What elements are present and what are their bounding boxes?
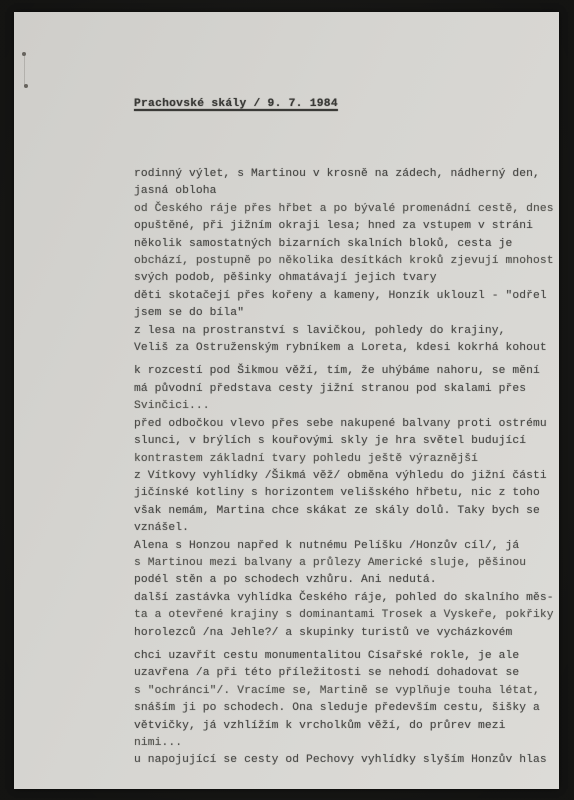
text-line: snáším ji po schodech. Ona sleduje přede… (134, 700, 562, 717)
text-line: Veliš za Ostruženským rybníkem a Loreta,… (134, 340, 562, 357)
text-line: k rozcestí pod Šikmou věží, tím, že uhýb… (134, 363, 562, 380)
text-line: s Martinou mezi balvany a průlezy Americ… (134, 555, 562, 572)
page-title: Prachovské skály / 9. 7. 1984 (134, 98, 338, 110)
text-line: Svinčici... (134, 398, 562, 415)
paragraph-3: chci uzavřít cestu monumentalitou Císařs… (134, 648, 562, 770)
text-line: obchází, postupně po několika desítkách … (134, 253, 562, 270)
text-line: svých podob, pěšinky ohmatávají jejich t… (134, 270, 562, 287)
text-line: z Vítkovy vyhlídky /Šikmá věž/ obměna vý… (134, 468, 562, 485)
text-line: Alena s Honzou napřed k nutnému Pelíšku … (134, 538, 562, 555)
paragraph-2: k rozcestí pod Šikmou věží, tím, že uhýb… (134, 363, 562, 642)
text-line: z lesa na prostranství s lavičkou, pohle… (134, 323, 562, 340)
text-line: před odbočkou vlevo přes sebe nakupené b… (134, 416, 562, 433)
text-line: kontrastem základní tvary pohledu ještě … (134, 451, 562, 468)
staple-mark-line (24, 56, 25, 86)
text-line: jasná obloha (134, 183, 562, 200)
text-line: uzavřena /a při této příležitosti se neh… (134, 665, 562, 682)
text-line: děti skotačejí přes kořeny a kameny, Hon… (134, 288, 562, 305)
text-line: s "ochránci"/. Vracíme se, Martině se vy… (134, 683, 562, 700)
text-line: však nemám, Martina chce skákat ze skály… (134, 503, 562, 520)
text-line: ta a otevřené krajiny s dominantami Tros… (134, 607, 562, 624)
text-line: u napojující se cesty od Pechovy vyhlídk… (134, 752, 562, 769)
paragraph-1: rodinný výlet, s Martinou v krosně na zá… (134, 166, 562, 357)
text-line: má původní představa cesty jižní stranou… (134, 381, 562, 398)
text-line: horolezců /na Jehle?/ a skupinky turistů… (134, 625, 562, 642)
text-line: podél stěn a po schodech vzhůru. Ani ned… (134, 572, 562, 589)
text-line: opuštěné, při jižním okraji lesa; hned z… (134, 218, 562, 235)
document-body: rodinný výlet, s Martinou v krosně na zá… (134, 166, 562, 770)
punch-hole-top (22, 52, 26, 56)
text-line: další zastávka vyhlídka Českého ráje, po… (134, 590, 562, 607)
text-line: vznášel. (134, 520, 562, 537)
text-line: jsem se do bíla" (134, 305, 562, 322)
text-line: několik samostatných bizarních skalních … (134, 236, 562, 253)
text-line: od Českého ráje přes hřbet a po bývalé p… (134, 201, 562, 218)
text-line: nimi... (134, 735, 562, 752)
text-line: chci uzavřít cestu monumentalitou Císařs… (134, 648, 562, 665)
punch-hole-bottom (24, 84, 28, 88)
text-line: jičínské kotliny s horizontem velišského… (134, 485, 562, 502)
text-line: rodinný výlet, s Martinou v krosně na zá… (134, 166, 562, 183)
text-line: větvičky, já vzhlížím k vrcholkům věží, … (134, 718, 562, 735)
document-page: Prachovské skály / 9. 7. 1984 rodinný vý… (14, 12, 559, 789)
text-line: slunci, v brýlích s kouřovými skly je hr… (134, 433, 562, 450)
